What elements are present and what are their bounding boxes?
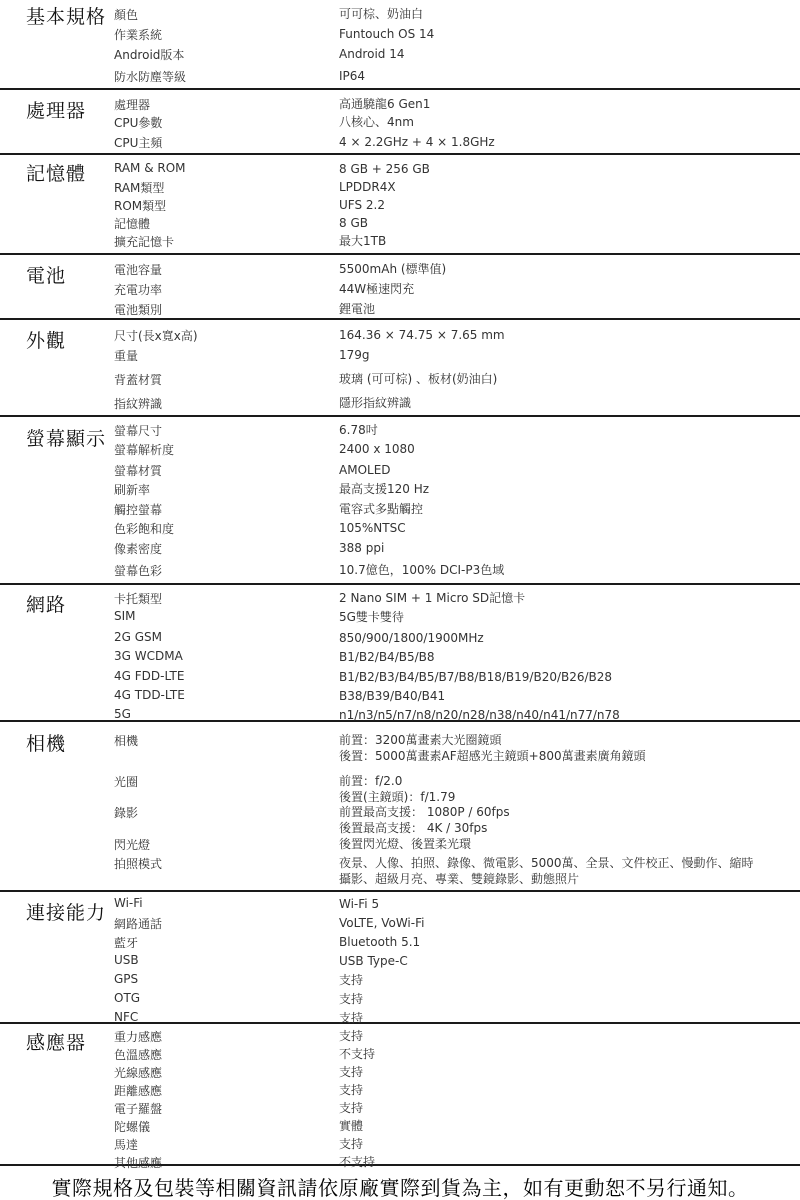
spec-value: USB Type-C xyxy=(339,953,789,969)
spec-label: 螢幕色彩 xyxy=(114,562,162,579)
spec-value: 支持 xyxy=(339,1100,789,1116)
spec-label: 刷新率 xyxy=(114,481,150,498)
spec-value-line: 玻璃 (可可棕) 、板材(奶油白) xyxy=(339,371,789,387)
spec-value: 鋰電池 xyxy=(339,301,789,317)
spec-value-line: 電容式多點觸控 xyxy=(339,501,789,517)
spec-value: Funtouch OS 14 xyxy=(339,26,789,42)
spec-value-line: 高通驍龍6 Gen1 xyxy=(339,96,789,112)
spec-value: 不支持 xyxy=(339,1046,789,1062)
spec-value: 支持 xyxy=(339,972,789,988)
spec-label: 3G WCDMA xyxy=(114,649,183,663)
spec-value: 5G雙卡雙待 xyxy=(339,609,789,625)
spec-label: 色彩飽和度 xyxy=(114,520,174,537)
spec-value-line: UFS 2.2 xyxy=(339,197,789,213)
spec-value: B1/B2/B3/B4/B5/B7/B8/B18/B19/B20/B26/B28 xyxy=(339,669,789,685)
spec-section: 感應器重力感應支持色溫感應不支持光線感應支持距離感應支持電子羅盤支持陀螺儀實體馬… xyxy=(0,1024,800,1166)
spec-value-line: 後置(主鏡頭)：f/1.79 xyxy=(339,789,789,805)
section-title: 感應器 xyxy=(26,1028,86,1055)
spec-value: 388 ppi xyxy=(339,540,789,556)
spec-value-line: 支持 xyxy=(339,1082,789,1098)
spec-label: 指紋辨識 xyxy=(114,395,162,412)
spec-label: 其他感應 xyxy=(114,1154,162,1171)
spec-value-line: B38/B39/B40/B41 xyxy=(339,688,789,704)
spec-section: 處理器處理器高通驍龍6 Gen1CPU參數八核心、4nmCPU主頻4 × 2.2… xyxy=(0,90,800,155)
spec-value: Wi-Fi 5 xyxy=(339,896,789,912)
spec-label: Android版本 xyxy=(114,46,184,63)
section-title: 網路 xyxy=(26,590,66,617)
spec-label: 2G GSM xyxy=(114,630,162,644)
spec-value-line: 105%NTSC xyxy=(339,520,789,536)
spec-section: 外觀尺寸(長x寬x高)164.36 × 74.75 × 7.65 mm重量179… xyxy=(0,320,800,417)
spec-value: 2 Nano SIM + 1 Micro SD記憶卡 xyxy=(339,590,789,606)
spec-value: Bluetooth 5.1 xyxy=(339,934,789,950)
spec-value: 4 × 2.2GHz + 4 × 1.8GHz xyxy=(339,134,789,150)
spec-value-line: 2400 x 1080 xyxy=(339,441,789,457)
spec-value-line: 5G雙卡雙待 xyxy=(339,609,789,625)
section-title: 處理器 xyxy=(26,96,86,123)
spec-value: 179g xyxy=(339,347,789,363)
spec-value-line: 前置最高支援： 1080P / 60fps xyxy=(339,804,789,820)
spec-value-line: 388 ppi xyxy=(339,540,789,556)
spec-label: 重量 xyxy=(114,347,138,364)
spec-value: 夜景、人像、拍照、錄像、微電影、5000萬、全景、文件校正、慢動作、縮時攝影、超… xyxy=(339,855,789,887)
spec-value-line: 夜景、人像、拍照、錄像、微電影、5000萬、全景、文件校正、慢動作、縮時 xyxy=(339,855,789,871)
spec-label: 記憶體 xyxy=(114,215,150,232)
spec-value: 850/900/1800/1900MHz xyxy=(339,630,789,646)
spec-value: 最大1TB xyxy=(339,233,789,249)
spec-value-line: 後置：5000萬畫素AF超感光主鏡頭+800萬畫素廣角鏡頭 xyxy=(339,748,789,764)
spec-value: 隱形指紋辨識 xyxy=(339,395,789,411)
spec-label: Wi-Fi xyxy=(114,896,143,910)
spec-value-line: 支持 xyxy=(339,1136,789,1152)
spec-value-line: 前置：3200萬畫素大光圈鏡頭 xyxy=(339,732,789,748)
spec-value: 前置：3200萬畫素大光圈鏡頭後置：5000萬畫素AF超感光主鏡頭+800萬畫素… xyxy=(339,732,789,764)
spec-value: 10.7億色，100% DCI-P3色域 xyxy=(339,562,789,578)
spec-label: 擴充記憶卡 xyxy=(114,233,174,250)
spec-value: 支持 xyxy=(339,1064,789,1080)
spec-label: 重力感應 xyxy=(114,1028,162,1045)
spec-value-line: 後置閃光燈、後置柔光環 xyxy=(339,836,789,852)
spec-label: 電子羅盤 xyxy=(114,1100,162,1117)
spec-value: n1/n3/n5/n7/n8/n20/n28/n38/n40/n41/n77/n… xyxy=(339,707,789,723)
section-title: 基本規格 xyxy=(26,2,106,29)
spec-label: SIM xyxy=(114,609,136,623)
spec-value-line: LPDDR4X xyxy=(339,179,789,195)
spec-value-line: 最大1TB xyxy=(339,233,789,249)
spec-value: 玻璃 (可可棕) 、板材(奶油白) xyxy=(339,371,789,387)
spec-value: LPDDR4X xyxy=(339,179,789,195)
spec-label: 5G xyxy=(114,707,131,721)
spec-section: 記憶體RAM & ROM8 GB + 256 GBRAM類型LPDDR4XROM… xyxy=(0,155,800,255)
section-title: 相機 xyxy=(26,729,66,756)
section-title: 記憶體 xyxy=(26,159,86,186)
spec-label: 錄影 xyxy=(114,804,138,821)
spec-value-line: VoLTE, VoWi-Fi xyxy=(339,915,789,931)
spec-label: 網路通話 xyxy=(114,915,162,932)
spec-value-line: B1/B2/B3/B4/B5/B7/B8/B18/B19/B20/B26/B28 xyxy=(339,669,789,685)
spec-value: 不支持 xyxy=(339,1154,789,1170)
spec-value: 164.36 × 74.75 × 7.65 mm xyxy=(339,327,789,343)
spec-value-line: 攝影、超級月亮、專業、雙鏡錄影、動態照片 xyxy=(339,871,789,887)
spec-value-line: USB Type-C xyxy=(339,953,789,969)
spec-value-line: 支持 xyxy=(339,991,789,1007)
spec-value: B1/B2/B4/B5/B8 xyxy=(339,649,789,665)
spec-value-line: Funtouch OS 14 xyxy=(339,26,789,42)
spec-value: 44W極速閃充 xyxy=(339,281,789,297)
spec-value: VoLTE, VoWi-Fi xyxy=(339,915,789,931)
spec-value-line: 支持 xyxy=(339,1064,789,1080)
spec-value-line: 8 GB + 256 GB xyxy=(339,161,789,177)
spec-value-line: 八核心、4nm xyxy=(339,114,789,130)
spec-value-line: 8 GB xyxy=(339,215,789,231)
spec-value-line: 鋰電池 xyxy=(339,301,789,317)
spec-label: OTG xyxy=(114,991,140,1005)
spec-value-line: n1/n3/n5/n7/n8/n20/n28/n38/n40/n41/n77/n… xyxy=(339,707,789,723)
spec-value: Android 14 xyxy=(339,46,789,62)
spec-value: 前置：f/2.0後置(主鏡頭)：f/1.79 xyxy=(339,773,789,805)
spec-label: USB xyxy=(114,953,139,967)
spec-value: 前置最高支援： 1080P / 60fps後置最高支援： 4K / 30fps xyxy=(339,804,789,836)
spec-value: B38/B39/B40/B41 xyxy=(339,688,789,704)
spec-label: RAM類型 xyxy=(114,179,164,196)
spec-label: 4G TDD-LTE xyxy=(114,688,185,702)
spec-label: 電池類別 xyxy=(114,301,162,318)
spec-value-line: 支持 xyxy=(339,1100,789,1116)
spec-value-line: 10.7億色，100% DCI-P3色域 xyxy=(339,562,789,578)
section-title: 連接能力 xyxy=(26,898,106,925)
spec-label: ROM類型 xyxy=(114,197,166,214)
spec-value: 5500mAh (標準值) xyxy=(339,261,789,277)
spec-value-line: 支持 xyxy=(339,1028,789,1044)
section-title: 外觀 xyxy=(26,326,66,353)
spec-label: 色溫感應 xyxy=(114,1046,162,1063)
spec-section: 基本規格顏色可可棕、奶油白作業系統Funtouch OS 14Android版本… xyxy=(0,0,800,90)
spec-value-line: 850/900/1800/1900MHz xyxy=(339,630,789,646)
spec-label: NFC xyxy=(114,1010,138,1024)
spec-value-line: AMOLED xyxy=(339,462,789,478)
spec-label: 螢幕尺寸 xyxy=(114,422,162,439)
spec-label: 尺寸(長x寬x高) xyxy=(114,327,198,344)
spec-value: 支持 xyxy=(339,1028,789,1044)
spec-value-line: 44W極速閃充 xyxy=(339,281,789,297)
section-title: 螢幕顯示 xyxy=(26,424,106,451)
spec-label: 光線感應 xyxy=(114,1064,162,1081)
spec-value-line: 4 × 2.2GHz + 4 × 1.8GHz xyxy=(339,134,789,150)
spec-label: 距離感應 xyxy=(114,1082,162,1099)
spec-label: CPU參數 xyxy=(114,114,162,131)
spec-label: 背蓋材質 xyxy=(114,371,162,388)
spec-value-line: 164.36 × 74.75 × 7.65 mm xyxy=(339,327,789,343)
spec-label: 閃光燈 xyxy=(114,836,150,853)
spec-value: 8 GB + 256 GB xyxy=(339,161,789,177)
spec-label: RAM & ROM xyxy=(114,161,186,175)
spec-value: AMOLED xyxy=(339,462,789,478)
spec-label: 陀螺儀 xyxy=(114,1118,150,1135)
spec-label: CPU主頻 xyxy=(114,134,162,151)
spec-section: 電池電池容量5500mAh (標準值)充電功率44W極速閃充電池類別鋰電池 xyxy=(0,255,800,320)
spec-value-line: IP64 xyxy=(339,68,789,84)
spec-value-line: 6.78吋 xyxy=(339,422,789,438)
spec-label: 卡托類型 xyxy=(114,590,162,607)
spec-value-line: 179g xyxy=(339,347,789,363)
spec-value: 電容式多點觸控 xyxy=(339,501,789,517)
spec-label: 光圈 xyxy=(114,773,138,790)
spec-label: 4G FDD-LTE xyxy=(114,669,184,683)
spec-section: 連接能力Wi-FiWi-Fi 5網路通話VoLTE, VoWi-Fi藍牙Blue… xyxy=(0,892,800,1024)
spec-value-line: 隱形指紋辨識 xyxy=(339,395,789,411)
spec-value-line: 支持 xyxy=(339,972,789,988)
spec-label: 像素密度 xyxy=(114,540,162,557)
spec-value: 高通驍龍6 Gen1 xyxy=(339,96,789,112)
spec-value-line: B1/B2/B4/B5/B8 xyxy=(339,649,789,665)
spec-label: 藍牙 xyxy=(114,934,138,951)
spec-value-line: 不支持 xyxy=(339,1154,789,1170)
spec-value-line: 不支持 xyxy=(339,1046,789,1062)
spec-value: 最高支援120 Hz xyxy=(339,481,789,497)
spec-value-line: 5500mAh (標準值) xyxy=(339,261,789,277)
spec-value: 支持 xyxy=(339,991,789,1007)
spec-value-line: 2 Nano SIM + 1 Micro SD記憶卡 xyxy=(339,590,789,606)
spec-value: 8 GB xyxy=(339,215,789,231)
spec-value: 2400 x 1080 xyxy=(339,441,789,457)
spec-label: 處理器 xyxy=(114,96,150,113)
spec-value: 可可棕、奶油白 xyxy=(339,6,789,22)
spec-value-line: 實體 xyxy=(339,1118,789,1134)
spec-label: 顏色 xyxy=(114,6,138,23)
spec-value: 支持 xyxy=(339,1082,789,1098)
spec-label: 電池容量 xyxy=(114,261,162,278)
spec-label: 防水防塵等級 xyxy=(114,68,186,85)
spec-label: 相機 xyxy=(114,732,138,749)
spec-label: 馬達 xyxy=(114,1136,138,1153)
spec-section: 螢幕顯示螢幕尺寸6.78吋螢幕解析度2400 x 1080螢幕材質AMOLED刷… xyxy=(0,417,800,585)
spec-label: 螢幕材質 xyxy=(114,462,162,479)
spec-label: 拍照模式 xyxy=(114,855,162,872)
section-title: 電池 xyxy=(26,261,66,288)
spec-value: UFS 2.2 xyxy=(339,197,789,213)
spec-value-line: 可可棕、奶油白 xyxy=(339,6,789,22)
spec-value: 6.78吋 xyxy=(339,422,789,438)
disclaimer-notice: 實際規格及包裝等相關資訊請依原廠實際到貨為主，如有更動恕不另行通知。 xyxy=(0,1172,800,1200)
spec-label: 螢幕解析度 xyxy=(114,441,174,458)
spec-value: 實體 xyxy=(339,1118,789,1134)
spec-section: 網路卡托類型2 Nano SIM + 1 Micro SD記憶卡SIM5G雙卡雙… xyxy=(0,585,800,722)
spec-value: 後置閃光燈、後置柔光環 xyxy=(339,836,789,852)
spec-section: 相機相機前置：3200萬畫素大光圈鏡頭後置：5000萬畫素AF超感光主鏡頭+80… xyxy=(0,722,800,892)
spec-value: 支持 xyxy=(339,1136,789,1152)
spec-label: 充電功率 xyxy=(114,281,162,298)
spec-value: 八核心、4nm xyxy=(339,114,789,130)
spec-label: GPS xyxy=(114,972,138,986)
spec-value-line: Wi-Fi 5 xyxy=(339,896,789,912)
spec-value-line: Bluetooth 5.1 xyxy=(339,934,789,950)
spec-label: 作業系統 xyxy=(114,26,162,43)
spec-value-line: Android 14 xyxy=(339,46,789,62)
spec-value-line: 最高支援120 Hz xyxy=(339,481,789,497)
spec-value: 105%NTSC xyxy=(339,520,789,536)
spec-value-line: 後置最高支援： 4K / 30fps xyxy=(339,820,789,836)
spec-label: 觸控螢幕 xyxy=(114,501,162,518)
spec-value-line: 前置：f/2.0 xyxy=(339,773,789,789)
spec-value: IP64 xyxy=(339,68,789,84)
